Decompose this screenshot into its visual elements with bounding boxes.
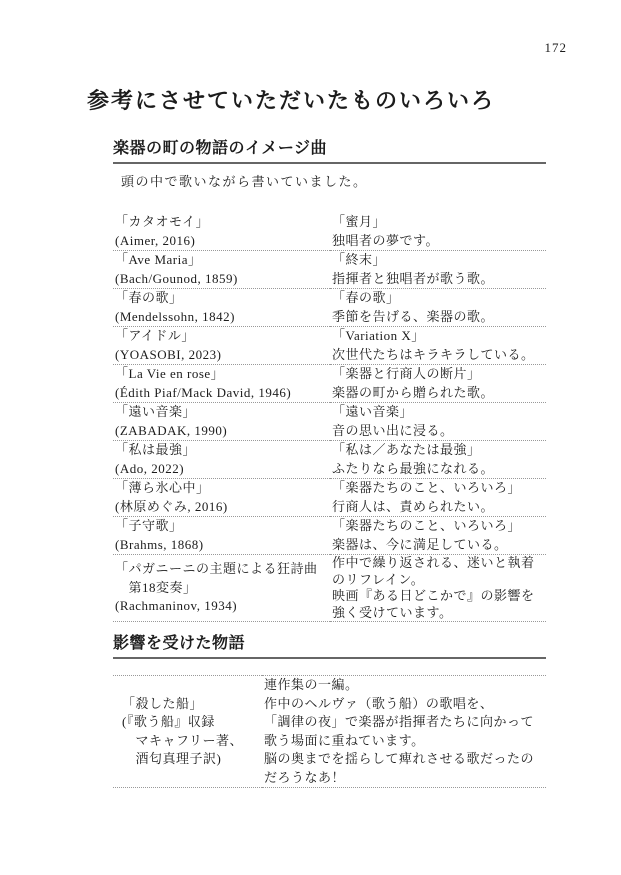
table-row: 「薄ら氷心中」 (林原めぐみ, 2016) 「楽器たちのこと、いろいろ」 行商人… [113,479,546,517]
reference-cell: 「遠い音楽」 音の思い出に浸る。 [330,403,546,441]
work-cell: 「カタオモイ」 (Aimer, 2016) [113,213,330,251]
work-cell: 「私は最強」 (Ado, 2022) [113,441,330,479]
page-number: 172 [545,40,568,56]
table-row: 「パガニーニの主題による狂詩曲 第18変奏」 (Rachmaninov, 193… [113,555,546,622]
reference-cell: 「楽器たちのこと、いろいろ」 行商人は、責められたい。 [330,479,546,517]
intro-text: 頭の中で歌いながら書いていました。 [121,172,368,191]
work-cell: 「子守歌」 (Brahms, 1868) [113,517,330,555]
table-row: 「Ave Maria」 (Bach/Gounod, 1859) 「終末」 指揮者… [113,251,546,289]
work-cell: 「La Vie en rose」 (Édith Piaf/Mack David,… [113,365,330,403]
table-row: 「私は最強」 (Ado, 2022) 「私は／あなたは最強」 ふたりなら最強にな… [113,441,546,479]
reference-cell: 「私は／あなたは最強」 ふたりなら最強になれる。 [330,441,546,479]
work-cell: 「Ave Maria」 (Bach/Gounod, 1859) [113,251,330,289]
table-row: 「春の歌」 (Mendelssohn, 1842) 「春の歌」 季節を告げる、楽… [113,289,546,327]
table-row: 「子守歌」 (Brahms, 1868) 「楽器たちのこと、いろいろ」 楽器は、… [113,517,546,555]
page-title: 参考にさせていただいたものいろいろ [87,84,495,115]
influential-stories-table-body: 「殺した船」 (『歌う船』収録 マキャフリー著、 酒匂真理子訳) 連作集の一編。… [113,676,546,788]
work-cell: 「薄ら氷心中」 (林原めぐみ, 2016) [113,479,330,517]
table-row: 「La Vie en rose」 (Édith Piaf/Mack David,… [113,365,546,403]
reference-cell: 「蜜月」 独唱者の夢です。 [330,213,546,251]
reference-cell: 連作集の一編。 作中のヘルヴァ（歌う船）の歌唱を、 「調律の夜」で楽器が指揮者た… [262,676,546,788]
reference-cell: 作中で繰り返される、迷いと執着 のリフレイン。 映画『ある日どこかで』の影響を … [330,555,546,622]
table-row: 「カタオモイ」 (Aimer, 2016) 「蜜月」 独唱者の夢です。 [113,213,546,251]
reference-cell: 「春の歌」 季節を告げる、楽器の歌。 [330,289,546,327]
section-heading-influential-stories: 影響を受けた物語 [113,634,546,659]
image-songs-table-body: 「カタオモイ」 (Aimer, 2016) 「蜜月」 独唱者の夢です。 「Ave… [113,213,546,622]
influential-stories-table: 「殺した船」 (『歌う船』収録 マキャフリー著、 酒匂真理子訳) 連作集の一編。… [113,675,546,788]
work-cell: 「殺した船」 (『歌う船』収録 マキャフリー著、 酒匂真理子訳) [113,676,262,788]
reference-cell: 「終末」 指揮者と独唱者が歌う歌。 [330,251,546,289]
work-cell: 「遠い音楽」 (ZABADAK, 1990) [113,403,330,441]
reference-cell: 「楽器と行商人の断片」 楽器の町から贈られた歌。 [330,365,546,403]
reference-cell: 「楽器たちのこと、いろいろ」 楽器は、今に満足している。 [330,517,546,555]
work-cell: 「パガニーニの主題による狂詩曲 第18変奏」 (Rachmaninov, 193… [113,555,330,622]
table-row: 「遠い音楽」 (ZABADAK, 1990) 「遠い音楽」 音の思い出に浸る。 [113,403,546,441]
work-cell: 「アイドル」 (YOASOBI, 2023) [113,327,330,365]
section-heading-image-songs: 楽器の町の物語のイメージ曲 [113,139,546,164]
table-row: 「殺した船」 (『歌う船』収録 マキャフリー著、 酒匂真理子訳) 連作集の一編。… [113,676,546,788]
image-songs-table: 「カタオモイ」 (Aimer, 2016) 「蜜月」 独唱者の夢です。 「Ave… [113,213,546,622]
document-page: 172 参考にさせていただいたものいろいろ 楽器の町の物語のイメージ曲 頭の中で… [0,0,621,875]
reference-cell: 「Variation X」 次世代たちはキラキラしている。 [330,327,546,365]
work-cell: 「春の歌」 (Mendelssohn, 1842) [113,289,330,327]
table-row: 「アイドル」 (YOASOBI, 2023) 「Variation X」 次世代… [113,327,546,365]
